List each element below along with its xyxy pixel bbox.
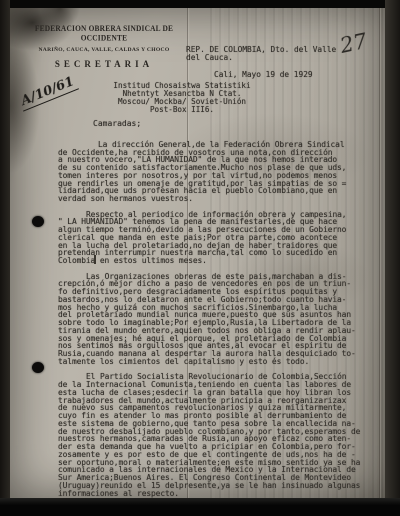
hole-punch-top bbox=[32, 216, 44, 227]
salutation: Camaradas; bbox=[93, 119, 141, 128]
photographed-letter: FEDERACION OBRERA SINDICAL DE OCCIDENTE … bbox=[0, 0, 400, 516]
republic-line: REP. DE COLOMBIA, Dto. del Valle del Cau… bbox=[186, 46, 361, 62]
secretariat-title: SECRETARIA bbox=[24, 59, 184, 69]
body-paragraph-1: La dirección General,de la Federación Ob… bbox=[58, 141, 374, 203]
body-paragraph-3: Las Organizaciones obreras de este pais,… bbox=[58, 273, 374, 366]
letter-body: La dirección General,de la Federación Ob… bbox=[58, 133, 374, 516]
organization-name: FEDERACION OBRERA SINDICAL DE OCCIDENTE bbox=[24, 23, 184, 43]
body-paragraph-2: Respecto al periodico de información obr… bbox=[58, 211, 374, 265]
recipient-address: Institud Chosaistwa Statistiki Nhetntyt … bbox=[92, 82, 272, 114]
city-date-line: Cali, Mayo 19 de 1929 bbox=[214, 71, 361, 79]
letterhead: FEDERACION OBRERA SINDICAL DE OCCIDENTE … bbox=[24, 24, 184, 69]
fold-line-right bbox=[379, 8, 380, 498]
photo-border-right bbox=[385, 0, 400, 516]
dateline: REP. DE COLOMBIA, Dto. del Valle del Cau… bbox=[186, 38, 361, 87]
photo-border-bottom bbox=[0, 498, 400, 516]
ink-scratch-mark bbox=[94, 255, 96, 264]
body-paragraph-4: El Partido Socialista Revolucionario de … bbox=[58, 373, 374, 497]
photo-border-left bbox=[0, 0, 10, 516]
hole-punch-bottom bbox=[32, 362, 44, 373]
organization-regions: NARIÑO, CAUCA, VALLE, CALDAS Y CHOCO bbox=[24, 47, 184, 53]
photo-border-top bbox=[0, 0, 400, 8]
